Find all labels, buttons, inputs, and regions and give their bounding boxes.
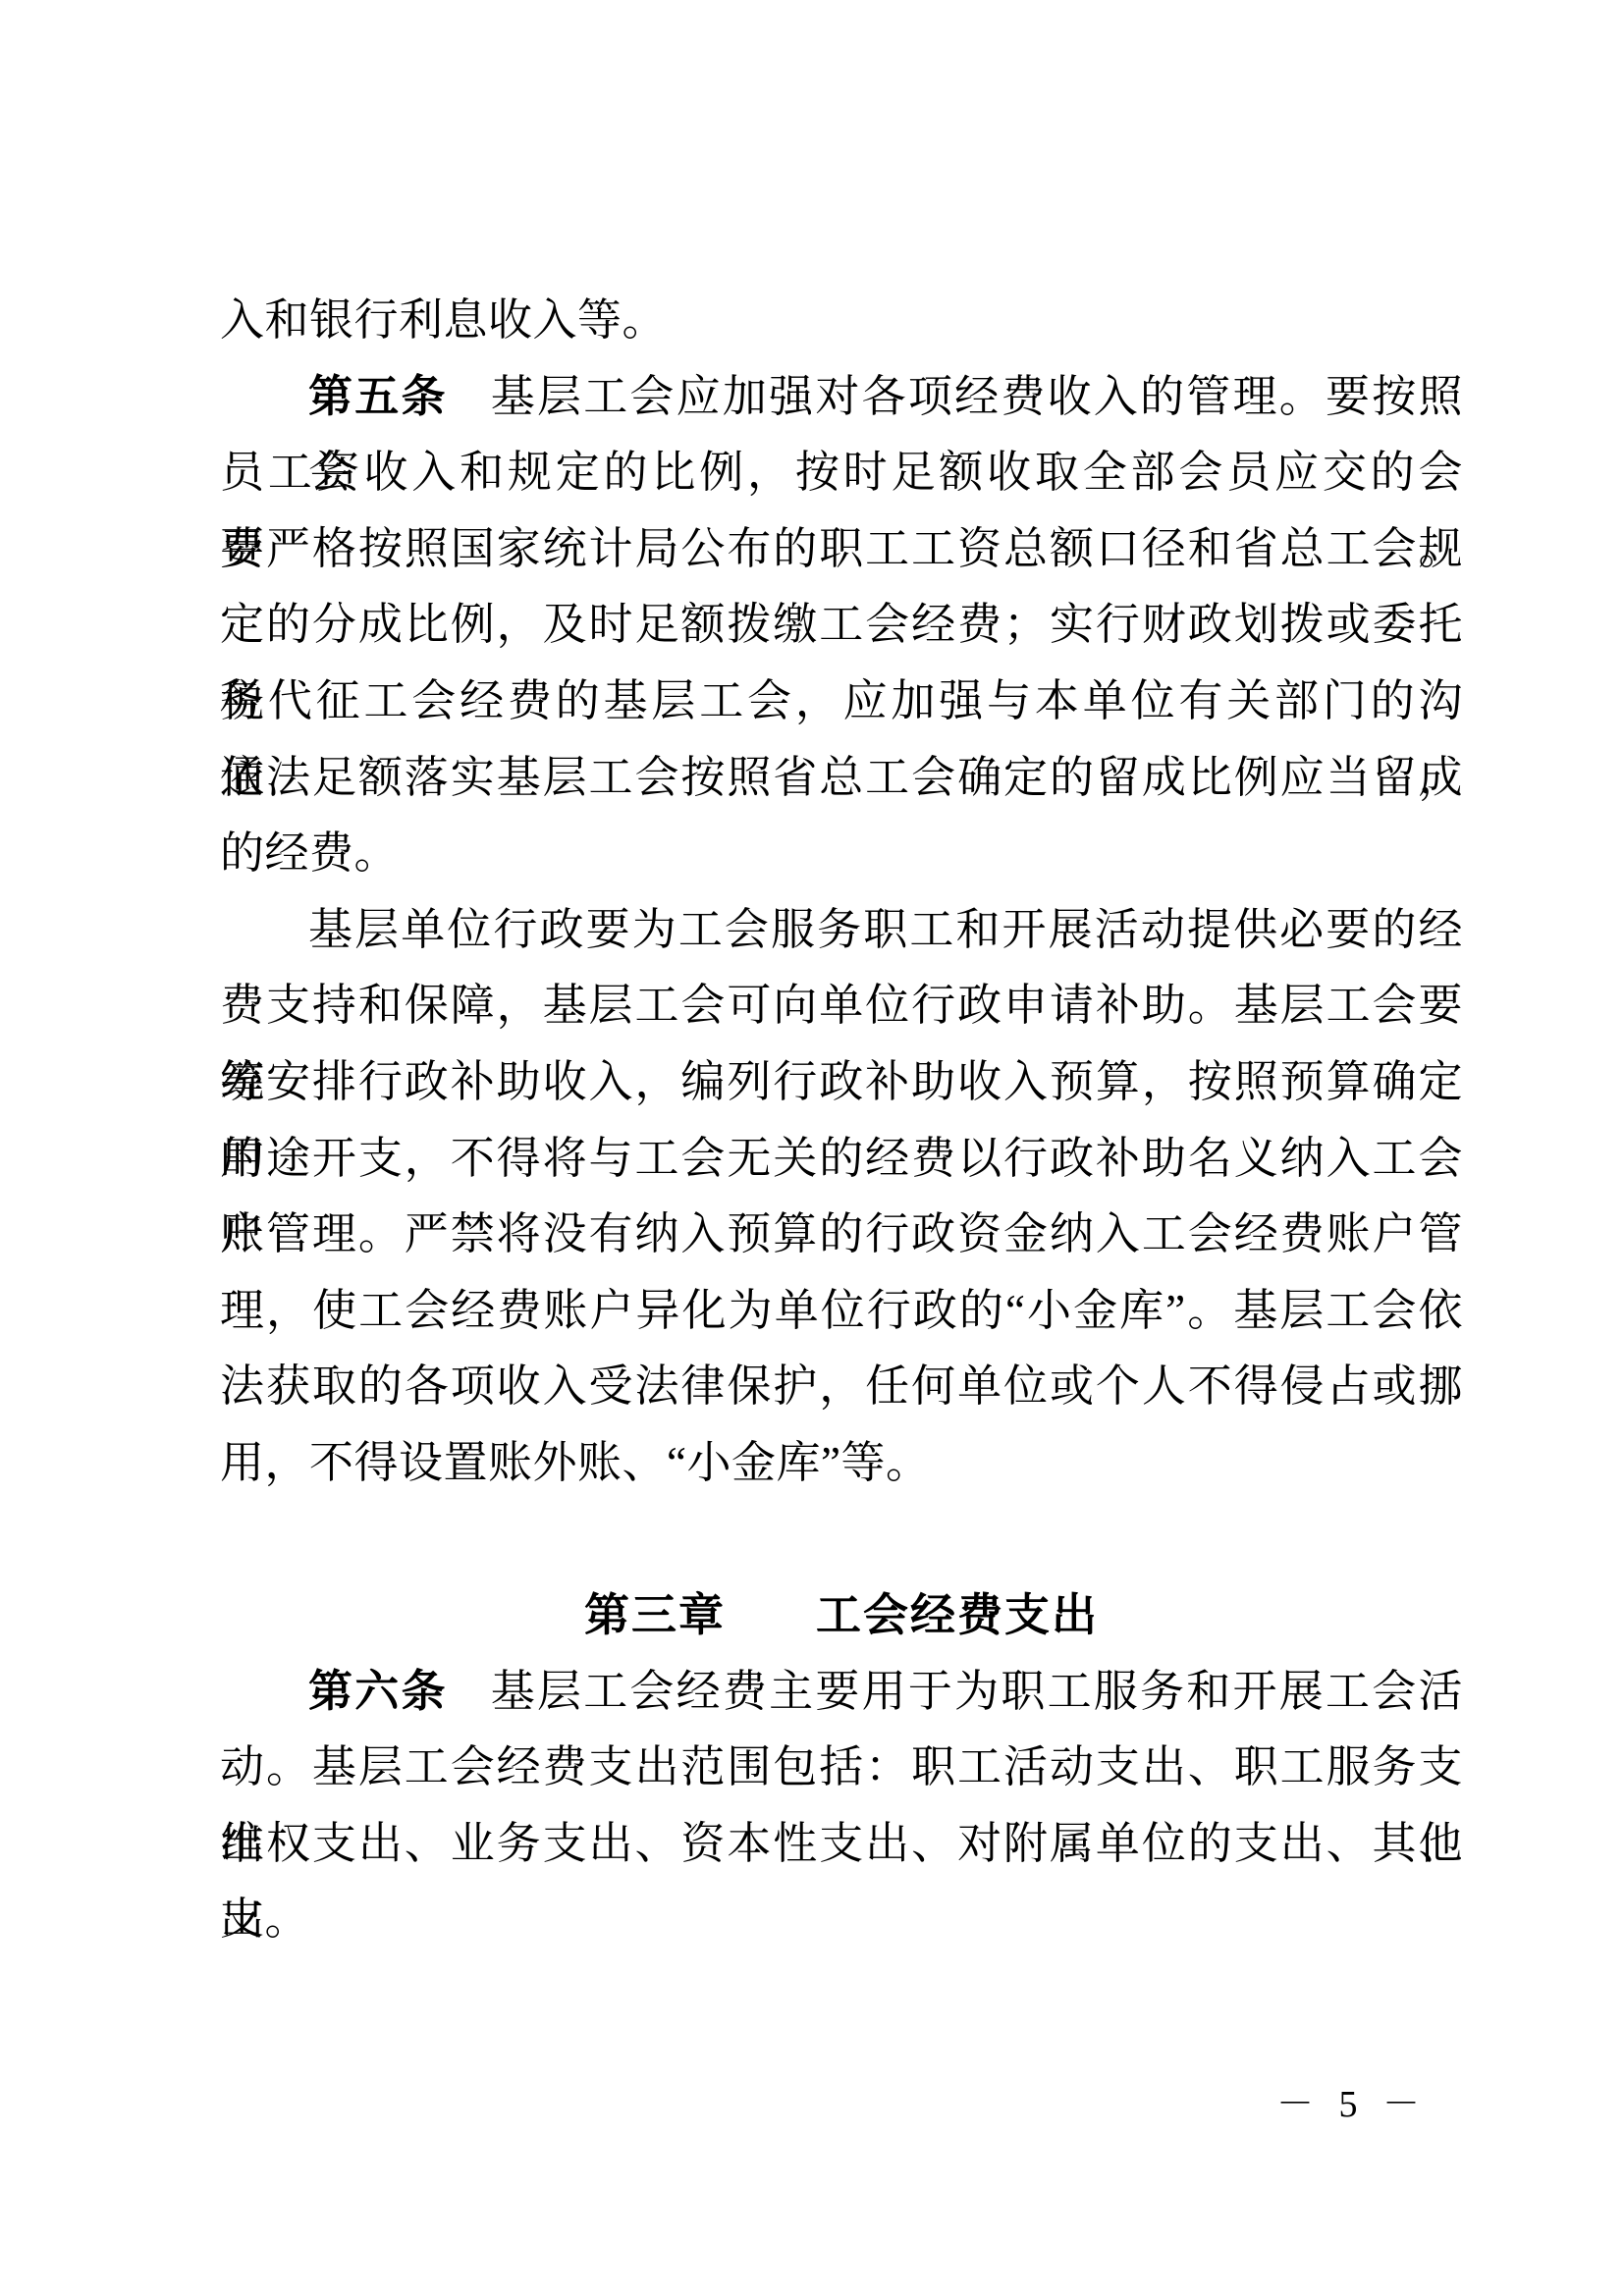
text-line: 的经费。 (220, 816, 1463, 892)
paragraph-block-income: 入和银行利息收入等。第五条基层工会应加强对各项经费收入的管理。要按照会员工资收入… (220, 283, 1463, 1502)
text-line: 员工资收入和规定的比例，按时足额收取全部会员应交的会费。 (220, 435, 1463, 511)
text-line: 筹安排行政补助收入，编列行政补助收入预算，按照预算确定的 (220, 1044, 1463, 1121)
line-text: 依法足额落实基层工会按照省总工会确定的留成比例应当留成 (220, 753, 1463, 802)
text-line: 入和银行利息收入等。 (220, 283, 1463, 359)
text-line: 第六条基层工会经费主要用于为职工服务和开展工会活 (220, 1654, 1463, 1731)
text-line: 务代征工会经费的基层工会，应加强与本单位有关部门的沟通， (220, 664, 1463, 740)
text-line: 用，不得设置账外账、“小金库”等。 (220, 1425, 1463, 1502)
chapter-title: 工会经费支出 (816, 1589, 1099, 1640)
text-line: 动。基层工会经费支出范围包括：职工活动支出、职工服务支出、 (220, 1730, 1463, 1806)
text-line: 户管理。严禁将没有纳入预算的行政资金纳入工会经费账户管 (220, 1197, 1463, 1273)
line-text: 户管理。严禁将没有纳入预算的行政资金纳入工会经费账户管 (220, 1209, 1463, 1258)
text-line: 第五条基层工会应加强对各项经费收入的管理。要按照会 (220, 359, 1463, 436)
text-line: 维权支出、业务支出、资本性支出、对附属单位的支出、其他支 (220, 1806, 1463, 1883)
text-line: 依法足额落实基层工会按照省总工会确定的留成比例应当留成 (220, 740, 1463, 817)
page-number: － 5 － (1276, 2073, 1428, 2127)
line-text: 法获取的各项收入受法律保护，任何单位或个人不得侵占或挪 (220, 1362, 1463, 1411)
text-line: 理，使工会经费账户异化为单位行政的“小金库”。基层工会依 (220, 1273, 1463, 1350)
line-text: 理，使工会经费账户异化为单位行政的“小金库”。基层工会依 (220, 1286, 1463, 1335)
text-line: 要严格按照国家统计局公布的职工工资总额口径和省总工会规 (220, 511, 1463, 588)
chapter-heading: 第三章工会经费支出 (220, 1577, 1463, 1654)
text-line: 法获取的各项收入受法律保护，任何单位或个人不得侵占或挪 (220, 1349, 1463, 1425)
document-page: 入和银行利息收入等。第五条基层工会应加强对各项经费收入的管理。要按照会员工资收入… (0, 0, 1624, 2296)
text-line: 出。 (220, 1882, 1463, 1958)
document-content: 入和银行利息收入等。第五条基层工会应加强对各项经费收入的管理。要按照会员工资收入… (220, 283, 1463, 1958)
text-line: 用途开支，不得将与工会无关的经费以行政补助名义纳入工会账 (220, 1121, 1463, 1198)
line-text: 出。 (220, 1895, 309, 1944)
line-text: 用，不得设置账外账、“小金库”等。 (220, 1438, 930, 1487)
chapter-number: 第三章 (584, 1589, 726, 1640)
text-line: 定的分成比例，及时足额拨缴工会经费；实行财政划拨或委托税 (220, 587, 1463, 664)
line-text: 基层工会经费主要用于为职工服务和开展工会活 (491, 1667, 1463, 1716)
line-text: 入和银行利息收入等。 (220, 295, 667, 345)
line-text: 基层单位行政要为工会服务职工和开展活动提供必要的经 (308, 905, 1463, 954)
line-text: 要严格按照国家统计局公布的职工工资总额口径和省总工会规 (220, 524, 1463, 573)
line-text: 的经费。 (220, 828, 399, 878)
text-line: 费支持和保障，基层工会可向单位行政申请补助。基层工会要统 (220, 968, 1463, 1044)
paragraph-block-expenditure: 第六条基层工会经费主要用于为职工服务和开展工会活动。基层工会经费支出范围包括：职… (220, 1654, 1463, 1958)
article-number: 第六条 (308, 1667, 448, 1716)
article-number: 第五条 (308, 372, 448, 421)
blank-line (220, 1502, 1463, 1578)
text-line: 基层单位行政要为工会服务职工和开展活动提供必要的经 (220, 892, 1463, 969)
